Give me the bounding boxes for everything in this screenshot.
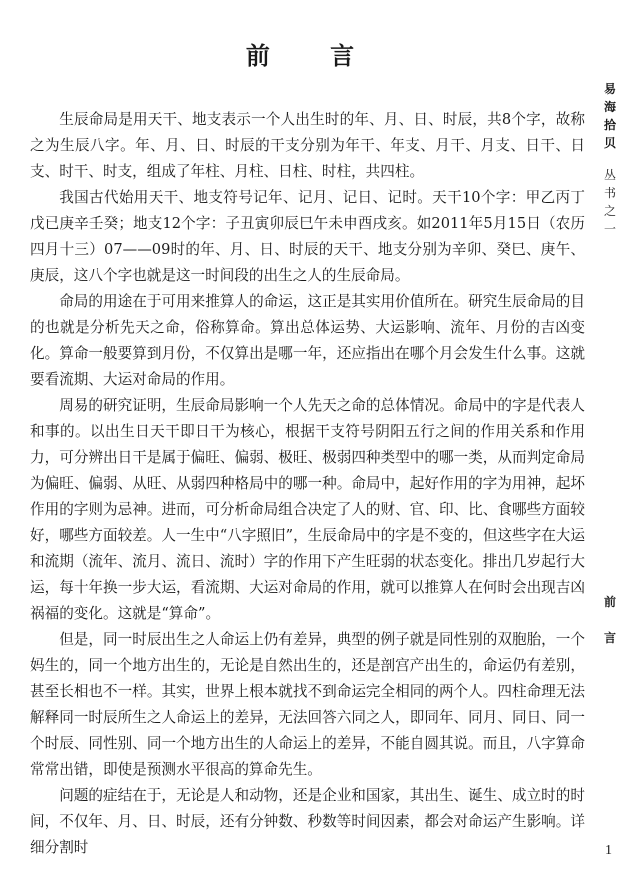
document-body: 生辰命局是用天干、地支表示一个人出生时的年、月、日、时辰，共8个字，故称之为生辰…: [30, 107, 585, 861]
series-title-vertical: 易 海 拾 贝 丛 书 之 一: [602, 80, 618, 238]
paragraph: 我国古代始用天干、地支符号记年、记月、记日、记时。天干10个字：甲乙丙丁戊已庚辛…: [30, 185, 585, 289]
chapter-title-vertical: 前 言: [602, 593, 618, 647]
paragraph: 周易的研究证明，生辰命局影响一个人先天之命的总体情况。命局中的字是代表人和事的。…: [30, 393, 585, 627]
paragraph: 但是，同一时辰出生之人命运上仍有差异，典型的例子就是同性别的双胞胎，一个妈生的，…: [30, 627, 585, 783]
series-char: 易: [602, 80, 618, 98]
series-char: 贝: [602, 134, 618, 152]
series-char: 海: [602, 98, 618, 116]
series-char: 书: [602, 184, 618, 202]
chapter-char: 言: [602, 629, 618, 647]
paragraph: 命局的用途在于可用来推算人的命运，这正是其实用价值所在。研究生辰命局的目的也就是…: [30, 289, 585, 393]
series-char: 拾: [602, 116, 618, 134]
series-char: 丛: [602, 166, 618, 184]
paragraph: 问题的症结在于，无论是人和动物，还是企业和国家，其出生、诞生、成立时的时间，不仅…: [30, 783, 585, 861]
paragraph: 生辰命局是用天干、地支表示一个人出生时的年、月、日、时辰，共8个字，故称之为生辰…: [30, 107, 585, 185]
chapter-char: 前: [602, 593, 618, 611]
page-title: 前 言: [0, 36, 626, 71]
series-char: 一: [602, 220, 618, 238]
page-number: 1: [605, 843, 612, 859]
series-char: 之: [602, 202, 618, 220]
